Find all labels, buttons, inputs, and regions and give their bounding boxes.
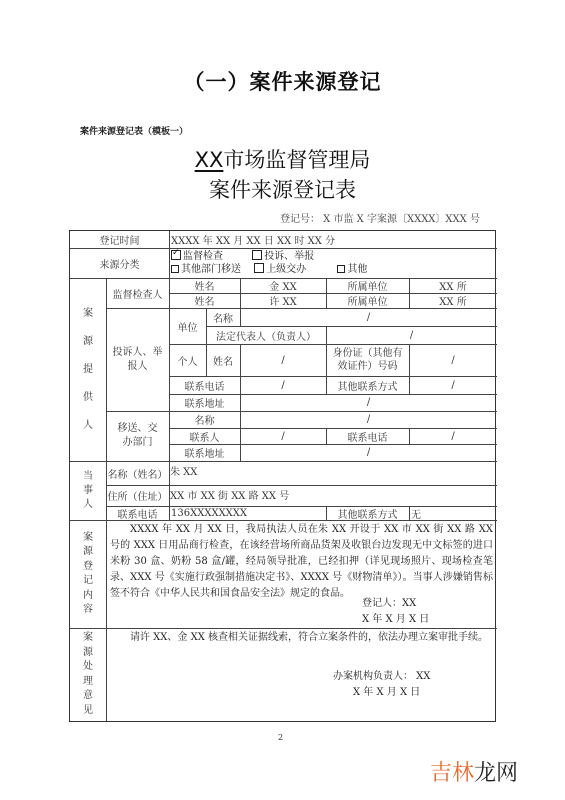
reg-time-value: XXXX 年 XX 月 XX 日 XX 时 XX 分 xyxy=(171,231,491,248)
party-address-label: 住所（住址） xyxy=(106,485,169,506)
complainant-unit-name-label: 名称 xyxy=(206,308,240,326)
case-source-table: 登记时间 XXXX 年 XX 月 XX 日 XX 时 XX 分 来源分类 监督检… xyxy=(69,230,496,722)
transfer-address-label: 联系地址 xyxy=(169,444,240,461)
transfer-phone-label: 联系电话 xyxy=(326,428,409,444)
party-phone-label: 联系电话 xyxy=(106,506,169,520)
option-supervision[interactable]: 监督检查 xyxy=(171,251,223,262)
complainant-phone: / xyxy=(240,376,326,394)
complainant-person-name: / xyxy=(240,344,326,376)
party-name: 朱 XX xyxy=(170,461,490,485)
inspector-1-name: 金 XX xyxy=(240,278,326,293)
checkbox-icon[interactable] xyxy=(171,265,179,273)
legal-rep-value: / xyxy=(326,326,497,344)
form-title: 案件来源登记表 xyxy=(0,174,565,204)
complainant-label: 投诉人、举报人 xyxy=(106,308,169,411)
party-address: XX 市 XX 街 XX 路 XX 号 xyxy=(170,485,490,506)
complainant-person-label: 个人 xyxy=(169,344,206,376)
provider-group-label: 案源提供人 xyxy=(70,278,106,461)
registrar: 登记人：XX xyxy=(362,594,416,609)
inspector-1-unit-label: 所属单位 xyxy=(326,278,409,293)
agency-suffix: 市场监督管理局 xyxy=(223,148,370,172)
transfer-name: / xyxy=(240,411,497,428)
legal-rep-label: 法定代表人（负责人） xyxy=(206,326,326,344)
party-phone: 136XXXXXXXX xyxy=(171,506,321,520)
transfer-name-label: 名称 xyxy=(169,411,240,428)
inspector-2-name-label: 姓名 xyxy=(169,293,240,308)
source-type-label: 来源分类 xyxy=(70,248,169,278)
content-group-label: 案源登记内容 xyxy=(70,520,106,628)
agency-name: XX市场监督管理局 xyxy=(0,144,565,174)
id-number-value: / xyxy=(409,344,497,376)
complainant-unit-name: / xyxy=(240,308,497,326)
template-label: 案件来源登记表（模板一） xyxy=(80,124,188,137)
complainant-address: / xyxy=(240,394,497,411)
complainant-unit-label: 单位 xyxy=(169,308,206,344)
opinion-group-label: 案源处理意见 xyxy=(70,628,106,721)
complainant-phone-label: 联系电话 xyxy=(169,376,240,394)
reg-time-label: 登记时间 xyxy=(70,231,169,248)
agency-prefix: XX xyxy=(195,148,224,172)
party-group-label: 当事人 xyxy=(70,461,106,520)
source-type-options: 监督检查 投诉、举报 其他部门移送 上级交办 其他 xyxy=(171,250,491,276)
checkbox-icon[interactable] xyxy=(254,263,264,273)
transfer-phone: / xyxy=(409,428,497,444)
inspector-1-name-label: 姓名 xyxy=(169,278,240,293)
checkbox-icon[interactable] xyxy=(337,265,345,273)
handling-opinion-text: 请许 XX、金 XX 核查相关证据线索，符合立案条件的，依法办理立案审批手续。 xyxy=(110,630,493,646)
transfer-contact-label: 联系人 xyxy=(169,428,240,444)
option-superior[interactable]: 上级交办 xyxy=(254,264,306,275)
complainant-other-contact-label: 其他联系方式 xyxy=(326,376,409,394)
party-other-contact: 无 xyxy=(411,506,491,520)
party-other-contact-label: 其他联系方式 xyxy=(326,506,409,520)
party-name-label: 名称（姓名） xyxy=(106,461,169,485)
transfer-contact: / xyxy=(240,428,326,444)
opinion-date: X 年 X 月 X 日 xyxy=(353,683,420,698)
inspector-1-unit: XX 所 xyxy=(409,278,497,293)
inspector-2-name: 许 XX xyxy=(240,293,326,308)
watermark-logo: 吉林龙网 xyxy=(430,756,518,787)
complainant-other-contact: / xyxy=(409,376,497,394)
option-other[interactable]: 其他 xyxy=(337,264,367,275)
registration-number: 登记号： X 市监 X 字案源〔XXXX〕XXX 号 xyxy=(280,210,480,225)
option-other-dept[interactable]: 其他部门移送 xyxy=(171,264,241,275)
page-number: 2 xyxy=(278,733,283,742)
transfer-dept-label: 移送、交办部门 xyxy=(106,411,169,461)
complainant-address-label: 联系地址 xyxy=(169,394,240,411)
registration-date: X 年 X 月 X 日 xyxy=(362,610,429,625)
registration-content-text: XXXX 年 XX 月 XX 日，我局执法人员在朱 XX 开设于 XX 市 XX… xyxy=(110,522,493,602)
option-complaint[interactable]: 投诉、举报 xyxy=(252,251,314,262)
transfer-address: / xyxy=(240,444,497,461)
section-title: （一）案件来源登记 xyxy=(0,66,565,96)
inspector-2-unit: XX 所 xyxy=(409,293,497,308)
checkbox-icon[interactable] xyxy=(252,250,262,260)
inspector-2-unit-label: 所属单位 xyxy=(326,293,409,308)
inspectors-label: 监督检查人 xyxy=(106,278,169,308)
opinion-signer: 办案机构负责人： XX xyxy=(333,667,430,682)
complainant-person-name-label: 姓名 xyxy=(206,344,240,376)
checkbox-checked-icon[interactable] xyxy=(171,250,181,260)
id-number-label: 身份证（其他有效证件）号码 xyxy=(326,344,409,376)
